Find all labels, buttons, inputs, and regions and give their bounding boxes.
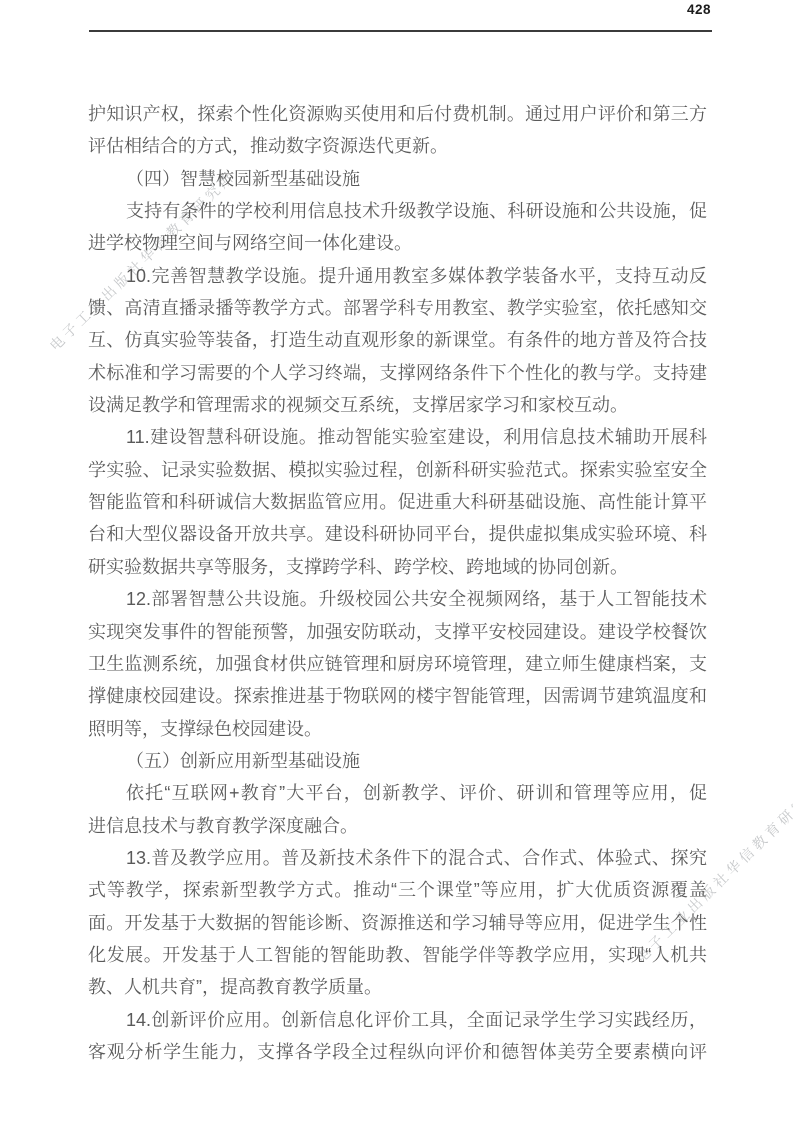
- text-line: 支持有条件的学校利用信息技术升级教学设施、科研设施和公共设施，促: [88, 195, 707, 227]
- text-line: 10.完善智慧教学设施。提升通用教室多媒体教学装备水平，支持互动反: [88, 260, 707, 292]
- text-line: 进信息技术与教育教学深度融合。: [88, 810, 707, 842]
- document-body: 护知识产权，探索个性化资源购买使用和后付费机制。通过用户评价和第三方评估相结合的…: [88, 98, 707, 1068]
- text-line: 12.部署智慧公共设施。升级校园公共安全视频网络，基于人工智能技术: [88, 583, 707, 615]
- text-line: 学实验、记录实验数据、模拟实验过程，创新科研实验范式。探索实验室安全: [88, 454, 707, 486]
- text-line: 智能监管和科研诚信大数据监管应用。促进重大科研基础设施、高性能计算平: [88, 486, 707, 518]
- text-line: （五）创新应用新型基础设施: [88, 745, 707, 777]
- text-line: 护知识产权，探索个性化资源购买使用和后付费机制。通过用户评价和第三方: [88, 98, 707, 130]
- text-line: 13.普及教学应用。普及新技术条件下的混合式、合作式、体验式、探究: [88, 842, 707, 874]
- text-line: 客观分析学生能力，支撑各学段全过程纵向评价和德智体美劳全要素横向评: [88, 1036, 707, 1068]
- text-line: 面。开发基于大数据的智能诊断、资源推送和学习辅导等应用，促进学生个性: [88, 907, 707, 939]
- text-line: 研实验数据共享等服务，支撑跨学科、跨学校、跨地域的协同创新。: [88, 551, 707, 583]
- text-line: 卫生监测系统，加强食材供应链管理和厨房环境管理，建立师生健康档案，支: [88, 648, 707, 680]
- text-line: 式等教学，探索新型教学方式。推动“三个课堂”等应用，扩大优质资源覆盖: [88, 874, 707, 906]
- document-page: 428 电子工业出版社华信教育研究所 电子工业出版社华信教育研究所 护知识产权，…: [0, 0, 793, 1122]
- text-line: 照明等，支撑绿色校园建设。: [88, 713, 707, 745]
- text-line: 11.建设智慧科研设施。推动智能实验室建设，利用信息技术辅助开展科: [88, 421, 707, 453]
- text-line: 评估相结合的方式，推动数字资源迭代更新。: [88, 130, 707, 162]
- text-line: 进学校物理空间与网络空间一体化建设。: [88, 227, 707, 259]
- text-line: 台和大型仪器设备开放共享。建设科研协同平台，提供虚拟集成实验环境、科: [88, 518, 707, 550]
- header-rule: [89, 30, 712, 32]
- text-line: 14.创新评价应用。创新信息化评价工具，全面记录学生学习实践经历，: [88, 1004, 707, 1036]
- text-line: 互、仿真实验等装备，打造生动直观形象的新课堂。有条件的地方普及符合技: [88, 324, 707, 356]
- text-line: 馈、高清直播录播等教学方式。部署学科专用教室、教学实验室，依托感知交: [88, 292, 707, 324]
- text-line: 撑健康校园建设。探索推进基于物联网的楼宇智能管理，因需调节建筑温度和: [88, 680, 707, 712]
- text-line: 依托“互联网+教育”大平台，创新教学、评价、研训和管理等应用，促: [88, 777, 707, 809]
- text-line: 设满足教学和管理需求的视频交互系统，支撑居家学习和家校互动。: [88, 389, 707, 421]
- text-line: 实现突发事件的智能预警，加强安防联动，支撑平安校园建设。建设学校餐饮: [88, 616, 707, 648]
- page-number: 428: [687, 2, 711, 17]
- text-line: （四）智慧校园新型基础设施: [88, 163, 707, 195]
- text-line: 术标准和学习需要的个人学习终端，支撑网络条件下个性化的教与学。支持建: [88, 357, 707, 389]
- text-line: 化发展。开发基于人工智能的智能助教、智能学伴等教学应用，实现“人机共: [88, 939, 707, 971]
- text-line: 教、人机共育”，提高教育教学质量。: [88, 971, 707, 1003]
